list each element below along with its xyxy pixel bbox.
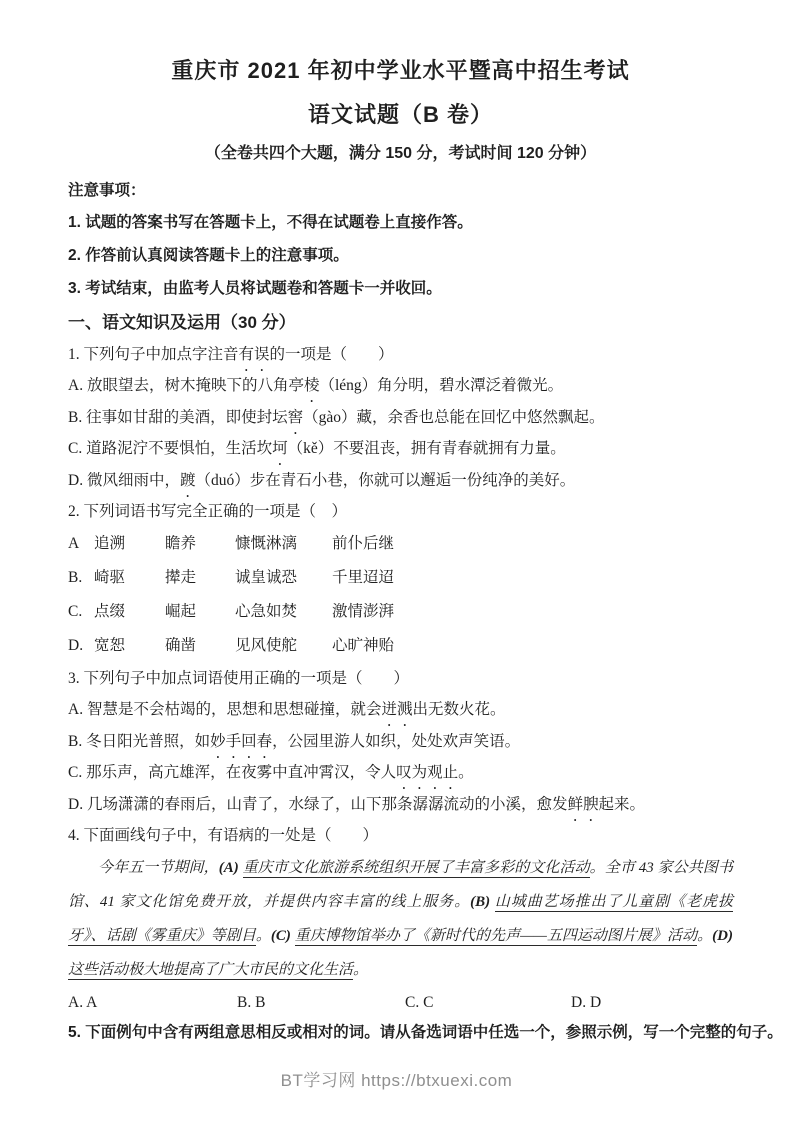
paper-title: 语文试题（B 卷） [68,100,733,130]
q5-stem: 5. 下面例句中含有两组意思相反或相对的词。请从备选词语中任选一个，参照示例，写… [68,1017,733,1049]
option-label: C. [68,595,94,629]
q4-choice-c: C. C [405,989,571,1017]
q1-option-d: D. 微风细雨中，踱（duó）步在青石小巷，你就可以邂逅一份纯净的美好。 [68,465,733,497]
q3-option-c: C. 那乐声，高亢雄浑，在夜雾中直冲霄汉，令人叹为观止。 [68,757,733,789]
q2-option-b: B. 崎驱 撵走 诚皇诚恐 千里迢迢 [68,561,733,595]
word-cell: 撵走 [165,561,235,595]
option-label: D. [68,629,94,663]
section-heading: 一、语文知识及运用（30 分） [68,307,733,339]
word-cell: 激情澎湃 [332,595,733,629]
word-cell: 慷慨淋漓 [235,527,332,561]
question-1: 1. 下列句子中加点字注音有误的一项是（ ） A. 放眼望去，树木掩映下的八角亭… [68,339,733,496]
question-4: 4. 下面画线句子中，有语病的一处是（ ） 今年五一节期间，(A) 重庆市文化旅… [68,820,733,1017]
q4-choices: A. A B. B C. C D. D [68,989,733,1017]
q1-option-b: B. 往事如甘甜的美酒，即使封坛窖（gào）藏，余香也总能在回忆中悠然飘起。 [68,402,733,434]
exam-page: 重庆市 2021 年初中学业水平暨高中招生考试 语文试题（B 卷） （全卷共四个… [0,0,793,1049]
notice-item-3: 3. 考试结束，由监考人员将试题卷和答题卡一并收回。 [68,272,733,305]
q3-stem: 3. 下列句子中加点词语使用正确的一项是（ ） [68,663,733,694]
q1-option-a: A. 放眼望去，树木掩映下的八角亭棱（léng）角分明，碧水潭泛着微光。 [68,370,733,402]
word-cell: 千里迢迢 [332,561,733,595]
notice-item-1: 1. 试题的答案书写在答题卡上，不得在试题卷上直接作答。 [68,206,733,239]
q4-choice-d: D. D [571,989,733,1017]
word-cell: 心旷神贻 [332,629,733,663]
exam-title: 重庆市 2021 年初中学业水平暨高中招生考试 [68,56,733,86]
question-3: 3. 下列句子中加点词语使用正确的一项是（ ） A. 智慧是不会枯竭的，思想和思… [68,663,733,820]
word-cell: 追溯 [94,527,165,561]
word-cell: 心急如焚 [235,595,332,629]
word-cell: 崛起 [165,595,235,629]
exam-info: （全卷共四个大题，满分 150 分，考试时间 120 分钟） [68,142,733,166]
word-cell: 见风使舵 [235,629,332,663]
q4-stem: 4. 下面画线句子中，有语病的一处是（ ） [68,820,733,851]
word-cell: 点缀 [94,595,165,629]
word-cell: 诚皇诚恐 [235,561,332,595]
q2-stem: 2. 下列词语书写完全正确的一项是（ ） [68,496,733,527]
q2-option-d: D. 宽恕 确凿 见风使舵 心旷神贻 [68,629,733,663]
q1-option-c: C. 道路泥泞不要惧怕，生活坎坷（kě）不要沮丧，拥有青春就拥有力量。 [68,433,733,465]
word-cell: 宽恕 [94,629,165,663]
q3-option-b: B. 冬日阳光普照，如妙手回春，公园里游人如织，处处欢声笑语。 [68,726,733,758]
notice-heading: 注意事项： [68,176,733,206]
q1-stem: 1. 下列句子中加点字注音有误的一项是（ ） [68,339,733,370]
q2-option-c: C. 点缀 崛起 心急如焚 激情澎湃 [68,595,733,629]
q2-option-a: A 追溯 瞻养 慷慨淋漓 前仆后继 [68,527,733,561]
q4-passage: 今年五一节期间，(A) 重庆市文化旅游系统组织开展了丰富多彩的文化活动。全市 4… [68,851,733,987]
word-cell: 崎驱 [94,561,165,595]
word-cell: 前仆后继 [332,527,733,561]
question-2: 2. 下列词语书写完全正确的一项是（ ） A 追溯 瞻养 慷慨淋漓 前仆后继 B… [68,496,733,663]
q3-option-d: D. 几场潇潇的春雨后，山青了，水绿了，山下那条潺潺流动的小溪，愈发鲜腴起来。 [68,789,733,821]
word-cell: 瞻养 [165,527,235,561]
word-cell: 确凿 [165,629,235,663]
watermark-footer: BT学习网 https://btxuexi.com [0,1066,793,1091]
question-5: 5. 下面例句中含有两组意思相反或相对的词。请从备选词语中任选一个，参照示例，写… [68,1017,733,1049]
option-label: A [68,527,94,561]
notice-item-2: 2. 作答前认真阅读答题卡上的注意事项。 [68,239,733,272]
q3-option-a: A. 智慧是不会枯竭的，思想和思想碰撞，就会迸溅出无数火花。 [68,694,733,726]
q4-choice-b: B. B [237,989,405,1017]
option-label: B. [68,561,94,595]
q4-choice-a: A. A [68,989,237,1017]
